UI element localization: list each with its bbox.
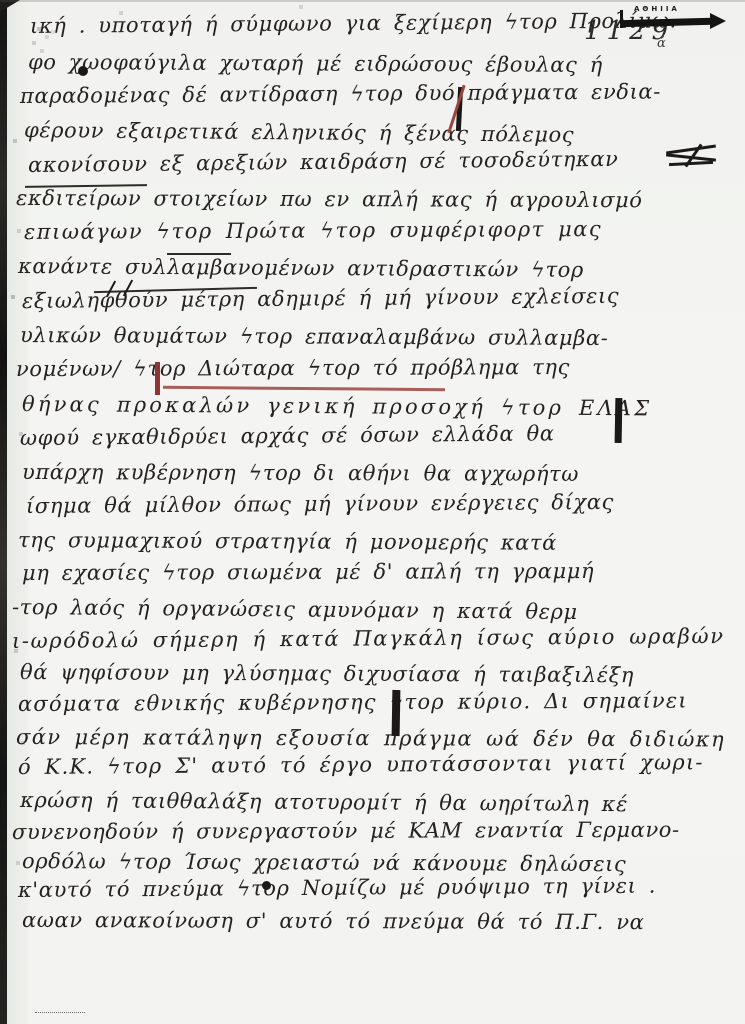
stamp-left-tick-icon (620, 10, 623, 28)
stamp-arrowhead-icon (710, 13, 726, 29)
emphasis-bar-elas (615, 398, 623, 443)
manuscript-line: φο χωοφαύγιλα χωταρή μέ ειδρώσους έβουλα… (28, 52, 603, 76)
manuscript-line: θήνας προκαλών γενική προσοχή ϟτορ ΕΛΑΣ (22, 394, 652, 419)
manuscript-line: κρώση ή ταιθθαλάξη ατοτυρομίτ ή θα ωηρίτ… (20, 790, 628, 815)
scan-bottom-artifact (35, 1012, 85, 1013)
manuscript-line: ασόματα εθνικής κυβέρνησης ϟτορ κύριο. Δ… (18, 690, 688, 715)
page-number-suffix: ά (657, 36, 666, 51)
emphasis-bar-stop (392, 690, 401, 736)
ink-dot (78, 66, 88, 76)
ink-dot (262, 881, 271, 890)
manuscript-line: αωαν ανακοίνωση σ' αυτό τό πνεύμα θά τό … (22, 910, 644, 933)
stamp-text: ΑΘΗΙΙΑ (634, 5, 680, 13)
manuscript-line: ακονίσουν εξ αρεξιών καιδράση σέ τοσοδεύ… (28, 149, 619, 176)
scan-noise-speckles (0, 0, 2, 2)
manuscript-line: ωφού εγκαθιδρύει αρχάς σέ όσων ελλάδα θα (20, 423, 555, 449)
scribble-strikeout (666, 142, 716, 170)
manuscript-line: επιωάγων ϟτορ Πρώτα ϟτορ συμφέριφορτ μας (24, 219, 602, 243)
manuscript-line: ό Κ.Κ. ϟτορ Σ' αυτό τό έργο υποτάσσονται… (18, 752, 704, 778)
manuscript-line: εκδιτείρων στοιχείων πω εν απλή κας ή αγ… (16, 188, 643, 211)
manuscript-line: ική . υποταγή ή σύμφωνο για ξεχίμερη ϟτο… (30, 10, 677, 37)
manuscript-line: νομένων/ ϟτορ Διώταρα ϟτορ τό πρόβλημα τ… (16, 357, 570, 380)
manuscript-line: -τορ λαός ή οργανώσεις αμυνόμαν η κατά θ… (12, 597, 578, 623)
manuscript-line: κ'αυτό τό πνεύμα ϟτορ Νομίζω μέ ρυόψιμο … (18, 876, 656, 901)
manuscript-line: σάν μέρη κατάληψη εξουσία πράγμα ωά δέν … (16, 727, 725, 750)
scan-edge-shadow (0, 0, 7, 1024)
scanned-document-page: ΑΘΗΙΙΑ 1129 ά ική . υποταγή ή σύμφωνο γι… (0, 0, 745, 1024)
scan-top-edge (0, 0, 745, 2)
manuscript-line: της συμμαχικού στρατηγία ή μονομερής κατ… (18, 530, 557, 554)
underline-prota (167, 253, 231, 255)
censor-stamp: ΑΘΗΙΙΑ (620, 5, 732, 37)
manuscript-line: υλικών θαυμάτων ϟτορ επαναλαμβάνω συλλαμ… (20, 325, 608, 349)
manuscript-line: κανάντε συλλαμβανομένων αντιδραστικών ϟτ… (18, 256, 584, 281)
red-margin-bar (155, 362, 160, 395)
manuscript-line: παραδομένας δέ αντίδραση ϟτορ δυό πράγμα… (20, 82, 661, 107)
manuscript-line: υπάρχη κυβέρνηση ϟτορ δι αθήνι θα αγχωρή… (22, 462, 579, 485)
manuscript-line: συνενοηδούν ή συνεργαστούν μέ ΚΑΜ εναντί… (12, 820, 680, 843)
red-underline (163, 386, 445, 391)
manuscript-line: ορδόλω ϟτορ Ίσως χρειαστώ νά κάνουμε δηλ… (22, 851, 626, 875)
stamp-bar-icon (620, 18, 712, 27)
manuscript-line: φέρουν εξαιρετικά ελληνικός ή ξένας πόλε… (24, 120, 574, 146)
manuscript-line: μη εχασίες ϟτορ σιωμένα μέ δ' απλή τη γρ… (22, 561, 594, 584)
manuscript-line: θά ψηφίσουν μη γλύσημας διχυσίασα ή ταιβ… (20, 662, 634, 686)
manuscript-line: ι-ωρόδολώ σήμερη ή κατά Παγκάλη ίσως αύρ… (12, 626, 725, 652)
manuscript-line: ίσημα θά μίλθον όπως μή γίνουν ενέργειες… (26, 492, 614, 517)
